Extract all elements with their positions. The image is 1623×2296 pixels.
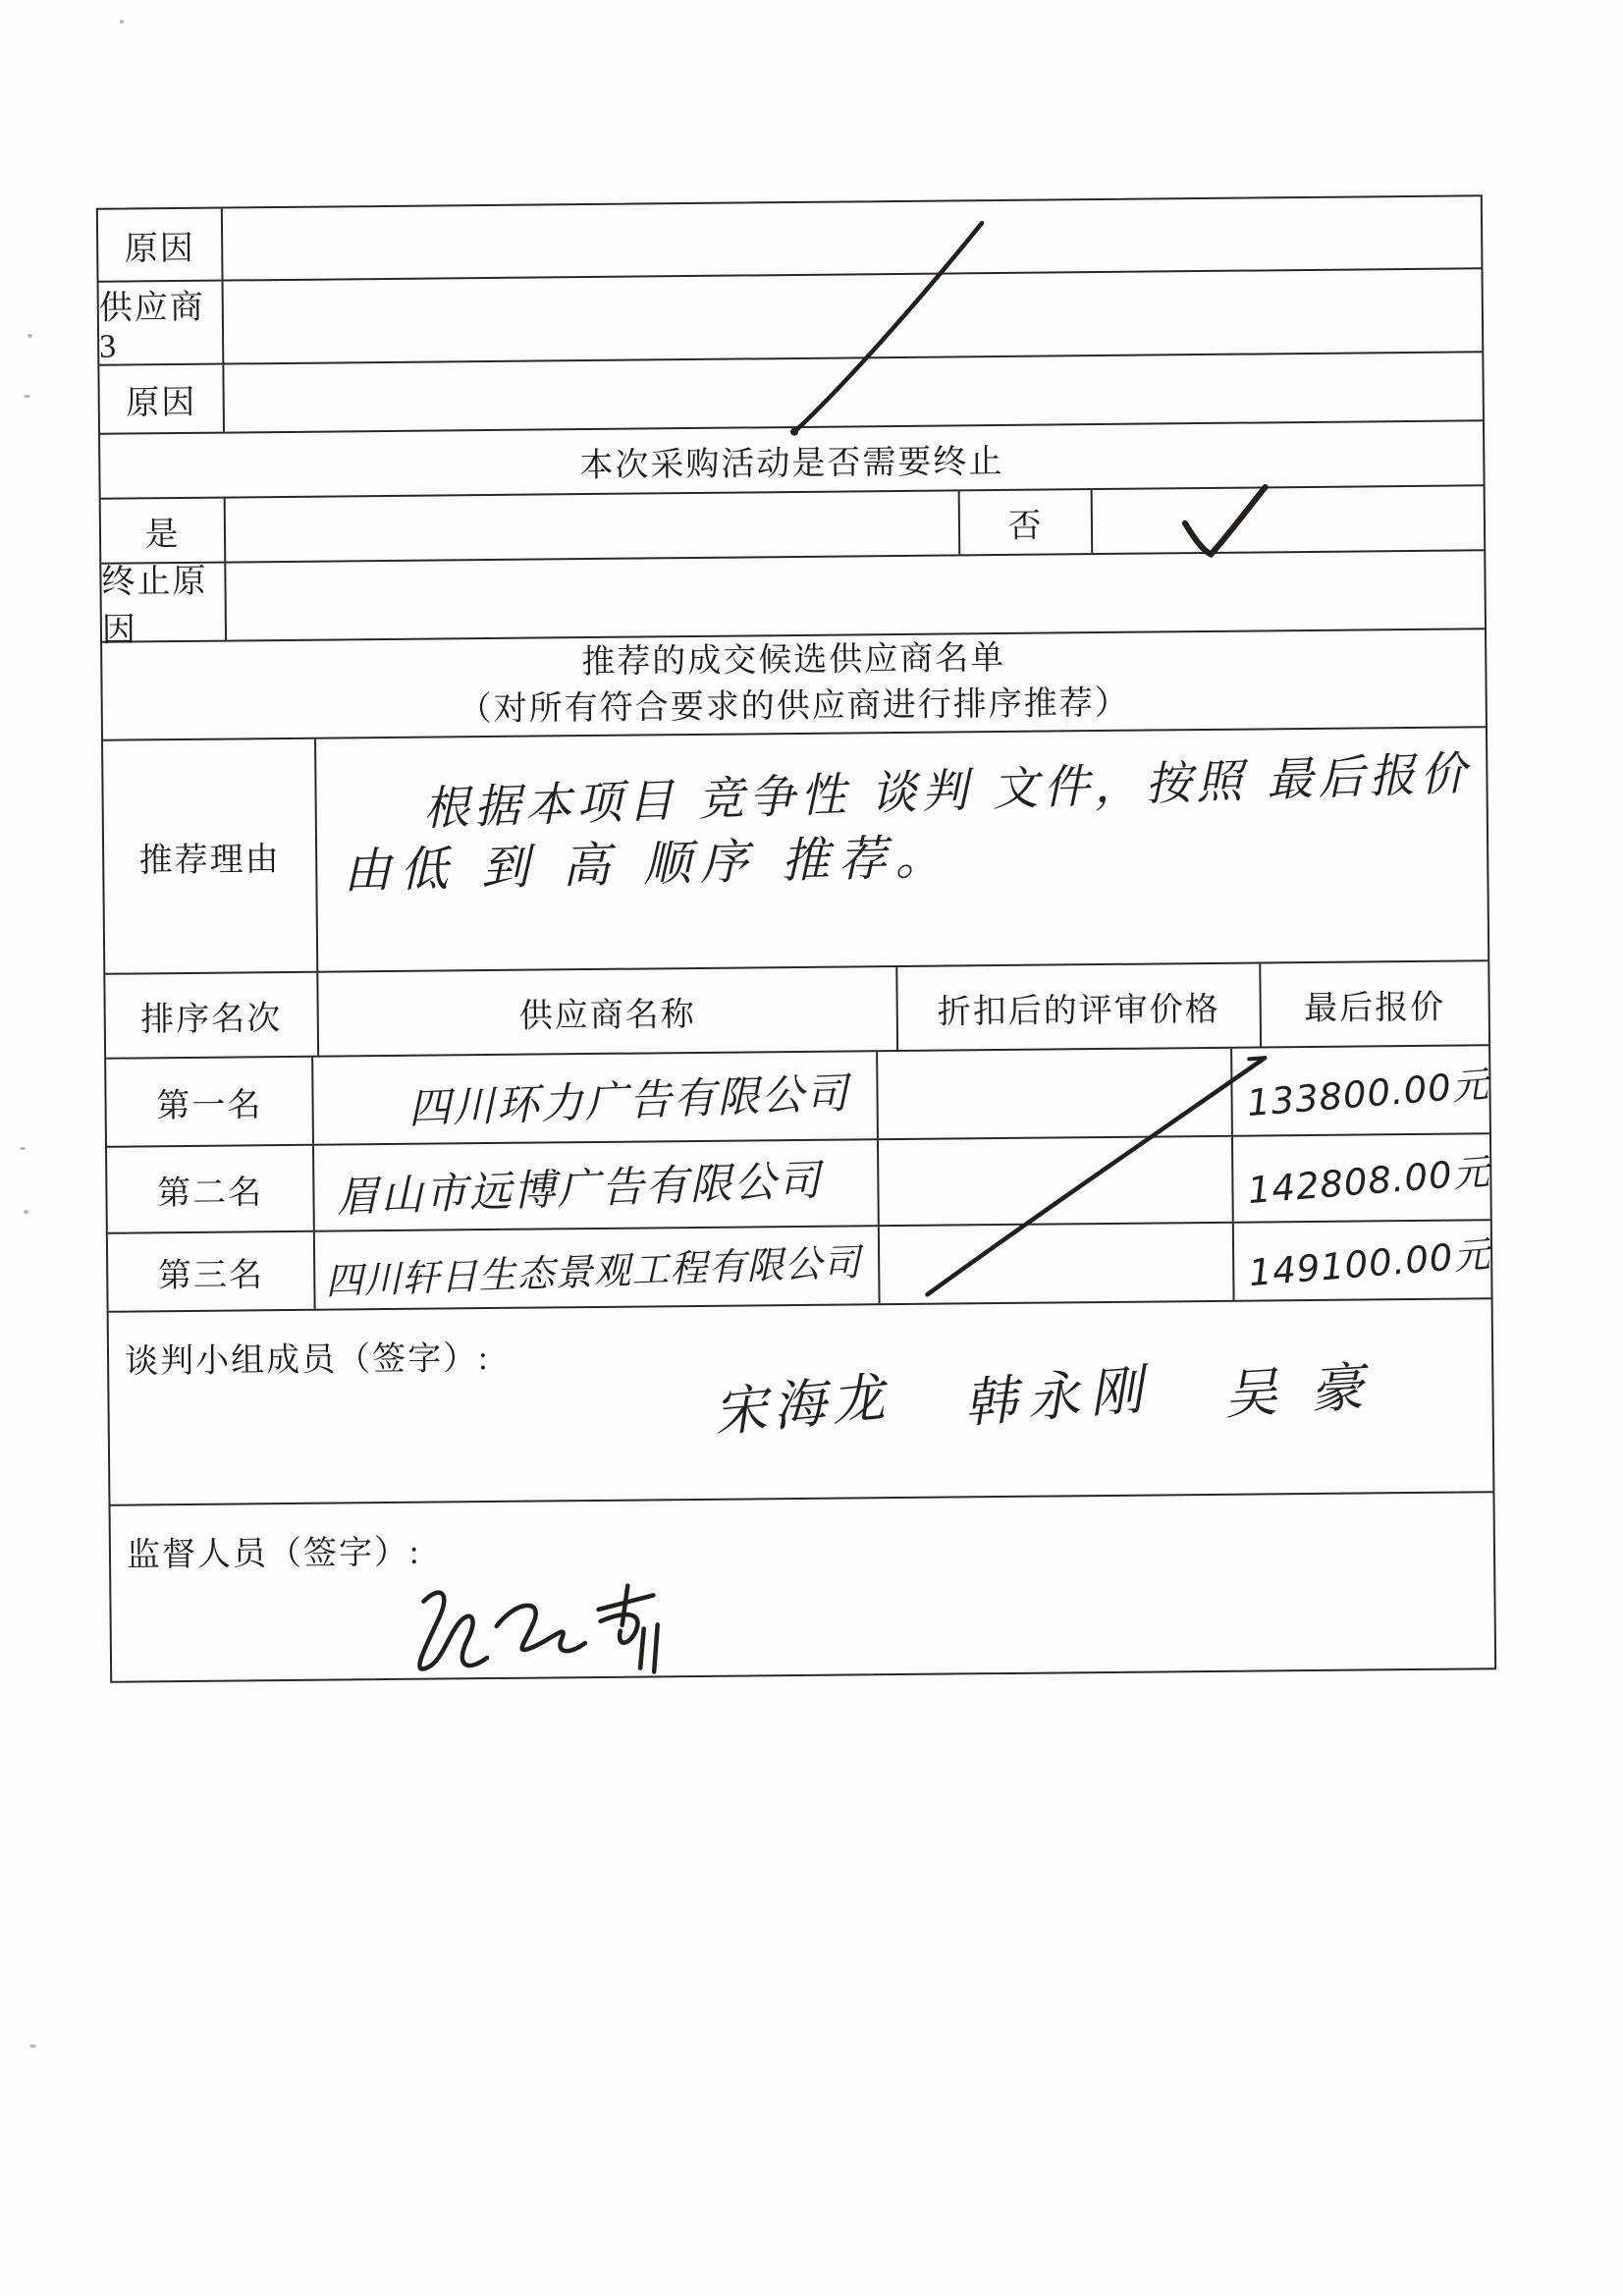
row-supervisor-signature: 监督人员（签字）: [110,1491,1494,1681]
scanned-document-page: 原因 供应商 3 原因 本次采购活动是否需要终止 是 否 终止原因 [0,0,1623,2296]
scan-speck [27,334,32,338]
rank-1-supplier-cell: 四川环力广告有限公司 [312,1052,878,1144]
row-supplier-3: 供应商 3 [99,267,1483,364]
recommend-reason-label: 推荐理由 [103,739,316,973]
supplier-3-value-cell [222,269,1483,362]
yes-value-cell [224,491,959,561]
rank-2-review-price-cell [877,1137,1231,1225]
rank-1-final-price-cell: 133800.00元 [1230,1046,1489,1135]
supplier-3-label: 供应商 3 [99,282,223,364]
reason-1-label: 原因 [98,209,222,281]
rank-1-label: 第一名 [106,1058,312,1146]
recommend-title: 推荐的成交候选供应商名单 [581,636,1005,686]
ranking-header-supplier: 供应商名称 [316,967,896,1056]
no-value-cell [1091,486,1485,553]
handwritten-price-1: 133800.00元 [1245,1055,1491,1126]
row-reason-2: 原因 [99,351,1483,433]
rank-2-final-price-cell: 142808.00元 [1231,1134,1490,1222]
reason-2-label: 原因 [99,365,223,433]
no-label: 否 [958,490,1092,554]
recommend-reason-value-cell: 根据本项目 竞争性 谈判 文件，按照 最后报价 由低 到 高 顺序 推荐。 [314,728,1488,970]
row-panel-signatures: 谈判小组成员（签字）: 宋海龙 韩永刚 吴豪 [109,1297,1493,1504]
handwritten-reason-line-2: 由低 到 高 顺序 推荐。 [342,819,952,902]
ranking-row-3: 第三名 四川轩日生态景观工程有限公司 149100.00元 [108,1219,1491,1311]
terminate-reason-value-cell [224,551,1485,639]
scan-speck [29,2045,36,2048]
scan-speck [120,20,124,24]
handwritten-supplier-2: 眉山市远博广告有限公司 [336,1147,824,1225]
row-recommend-header: 推荐的成交候选供应商名单 （对所有符合要求的供应商进行排序推荐） [102,628,1486,739]
supervisor-signature [396,1581,730,1682]
recommend-subtitle: （对所有符合要求的供应商进行排序推荐） [459,682,1130,734]
terminate-reason-label: 终止原因 [101,564,225,641]
procurement-form-table: 原因 供应商 3 原因 本次采购活动是否需要终止 是 否 终止原因 [96,194,1496,1682]
scan-speck [24,1210,28,1214]
scan-speck [24,395,30,398]
rank-2-supplier-cell: 眉山市远博广告有限公司 [312,1140,878,1230]
rank-3-review-price-cell [878,1224,1232,1303]
rank-2-label: 第二名 [107,1146,313,1232]
ranking-row-1: 第一名 四川环力广告有限公司 133800.00元 [106,1044,1489,1146]
row-yes-no: 是 否 [101,484,1485,563]
panel-signature-2: 韩永刚 [961,1347,1156,1438]
rank-3-supplier-cell: 四川轩日生态景观工程有限公司 [313,1227,879,1309]
row-recommend-reason: 推荐理由 根据本项目 竞争性 谈判 文件，按照 最后报价 由低 到 高 顺序 推… [103,726,1488,973]
rank-3-final-price-cell: 149100.00元 [1232,1221,1491,1300]
row-ranking-header: 排序名次 供应商名称 折扣后的评审价格 最后报价 [105,959,1488,1058]
ranking-header-rank: 排序名次 [105,973,317,1058]
terminate-question-header: 本次采购活动是否需要终止 [100,421,1484,498]
handwritten-supplier-3: 四川轩日生态景观工程有限公司 [325,1231,863,1304]
rank-1-review-price-cell [876,1049,1230,1138]
rank-3-label: 第三名 [108,1232,314,1311]
recommend-reason-handwriting: 根据本项目 竞争性 谈判 文件，按照 最后报价 由低 到 高 顺序 推荐。 [316,728,1488,970]
panel-signature-label: 谈判小组成员（签字）: [125,1331,490,1383]
panel-signature-1: 宋海龙 [710,1354,893,1447]
scan-speck [20,1147,26,1150]
row-terminate-question: 本次采购活动是否需要终止 [100,419,1484,498]
handwritten-price-2: 142808.00元 [1246,1142,1492,1214]
panel-signature-3: 吴豪 [1221,1343,1398,1430]
ranking-row-2: 第二名 眉山市远博广告有限公司 142808.00元 [107,1132,1490,1232]
recommend-header-cell: 推荐的成交候选供应商名单 （对所有符合要求的供应商进行排序推荐） [102,629,1486,739]
supervisor-signature-label: 监督人员（签字）: [127,1525,421,1576]
reason-1-value-cell [221,196,1482,279]
ranking-header-review-price: 折扣后的评审价格 [895,963,1260,1050]
handwritten-supplier-1: 四川环力广告有限公司 [407,1060,851,1135]
reason-2-value-cell [222,353,1483,431]
row-terminate-reason: 终止原因 [101,549,1485,641]
handwritten-price-3: 149100.00元 [1246,1225,1492,1296]
ranking-header-final-price: 最后报价 [1259,961,1488,1046]
row-reason-1: 原因 [98,196,1482,281]
